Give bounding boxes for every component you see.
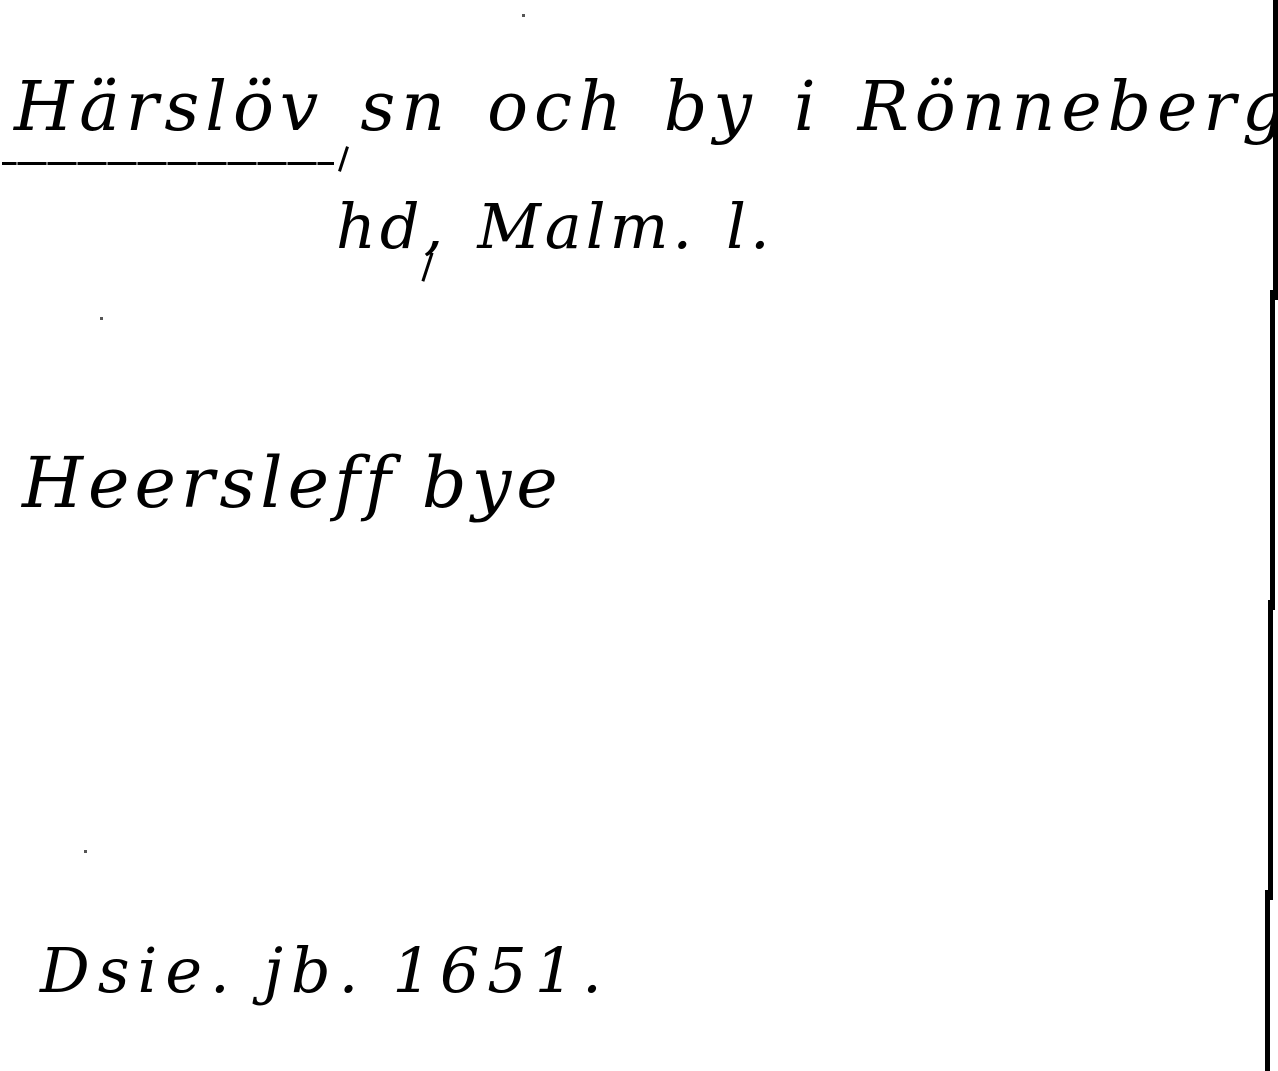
- source-word-abbrev: Dsie.: [40, 940, 238, 1002]
- historical-form: Heersleffbye: [22, 448, 589, 518]
- scan-speck: [84, 850, 87, 853]
- index-card: HärslövsnochbyiRönnebergs hd,Malm.l. Hee…: [0, 0, 1278, 1071]
- place-name: Härslöv: [14, 74, 324, 142]
- heading-word-by: by: [664, 74, 758, 142]
- historical-word-name: Heersleff: [22, 448, 396, 518]
- place-name-underline: [2, 162, 334, 165]
- heading-word-sn: sn: [360, 74, 451, 142]
- card-edge: [1273, 0, 1278, 300]
- subheading-word-lan: l.: [726, 196, 774, 258]
- source-year: 1651.: [392, 940, 610, 1002]
- card-edge: [1265, 890, 1270, 1071]
- subheading-word-hd: hd,: [336, 196, 447, 258]
- card-edge: [1268, 600, 1273, 900]
- heading-word-hundred: Rönnebergs: [858, 74, 1278, 142]
- scan-speck: [100, 317, 103, 320]
- subheading-word-county: Malm.: [477, 196, 696, 258]
- heading-word-och: och: [487, 74, 628, 142]
- heading-word-i: i: [794, 74, 822, 142]
- comma-stroke: [338, 146, 349, 172]
- source-word-jb: jb.: [264, 940, 367, 1002]
- scan-speck: [522, 14, 525, 17]
- card-subheading: hd,Malm.l.: [336, 196, 804, 258]
- card-heading: HärslövsnochbyiRönnebergs: [14, 74, 1278, 142]
- source-reference: Dsie.jb.1651.: [40, 940, 636, 1002]
- historical-word-bye: bye: [422, 448, 563, 518]
- card-edge: [1270, 290, 1275, 610]
